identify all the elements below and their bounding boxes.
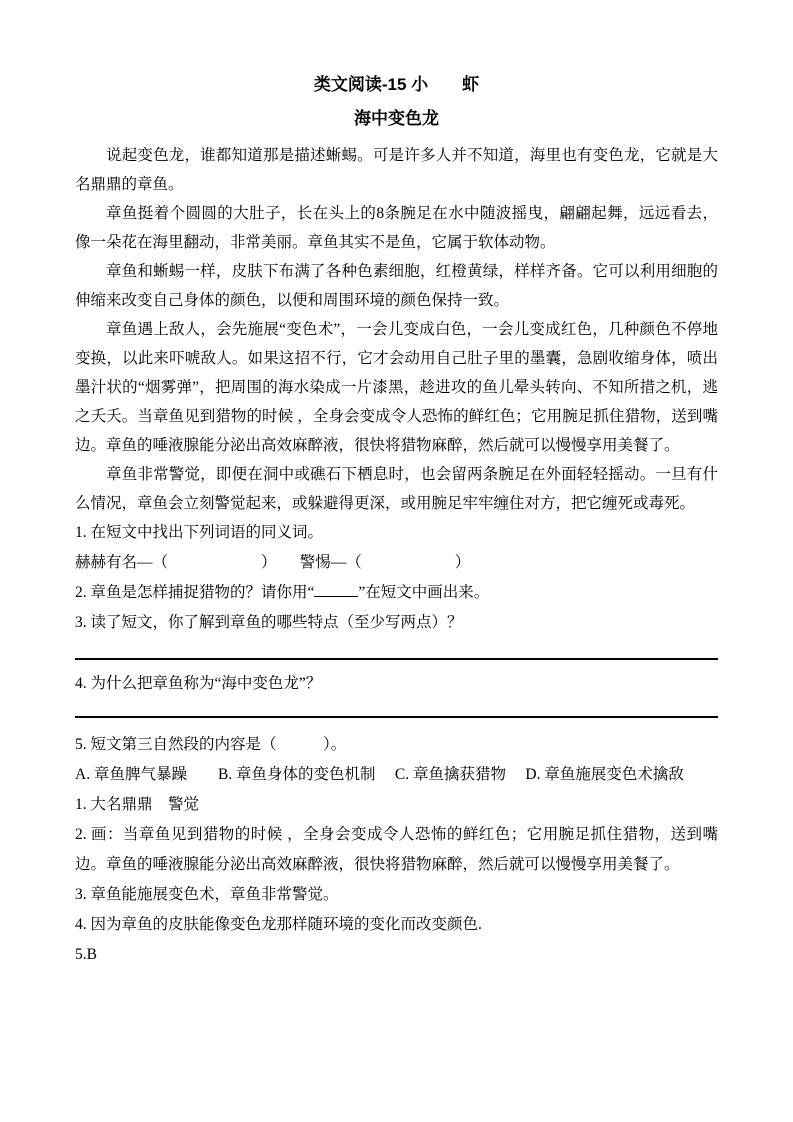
- answer-key-1: 1. 大名鼎鼎 警觉: [75, 790, 718, 820]
- question-3: 3. 读了短文，你了解到章鱼的哪些特点（至少写两点）？: [75, 608, 718, 638]
- doc-title: 类文阅读-15 小 虾: [75, 72, 718, 98]
- passage-paragraph-2: 章鱼挺着个圆圆的大肚子，长在头上的8条腕足在水中随波摇曳，翩翩起舞，远远看去，像…: [75, 199, 718, 257]
- worksheet-page: 类文阅读-15 小 虾 海中变色龙 说起变色龙，谁都知道那是描述蜥蜴。可是许多人…: [0, 0, 793, 1122]
- answer-key-2: 2. 画：当章鱼见到猎物的时候 ，全身会变成令人恐怖的鲜红色；它用腕足抓住猎物，…: [75, 820, 718, 880]
- fill-blank-underline: [314, 582, 358, 597]
- question-2-text-before: 2. 章鱼是怎样捕捉猎物的？请你用“: [75, 584, 314, 601]
- answer-key-4: 4. 因为章鱼的皮肤能像变色龙那样随环境的变化而改变颜色.: [75, 910, 718, 940]
- passage-paragraph-4: 章鱼遇上敌人，会先施展“变色术”，一会儿变成白色，一会儿变成红色，几种颜色不停地…: [75, 315, 718, 460]
- answer-rule-2: [75, 716, 718, 718]
- question-4: 4. 为什么把章鱼称为“海中变色龙”？: [75, 669, 718, 699]
- question-5-options: A. 章鱼脾气暴躁 B. 章鱼身体的变色机制 C. 章鱼擒获猎物 D. 章鱼施展…: [75, 760, 718, 790]
- passage-paragraph-1: 说起变色龙，谁都知道那是描述蜥蜴。可是许多人并不知道，海里也有变色龙，它就是大名…: [75, 141, 718, 199]
- passage-paragraph-5: 章鱼非常警觉，即便在洞中或礁石下栖息时，也会留两条腕足在外面轻轻摇动。一旦有什么…: [75, 460, 718, 518]
- question-2: 2. 章鱼是怎样捕捉猎物的？请你用“”在短文中画出来。: [75, 578, 718, 608]
- question-5: 5. 短文第三自然段的内容是（ ）。: [75, 730, 718, 760]
- passage-title: 海中变色龙: [75, 106, 718, 132]
- answer-rule-1: [75, 658, 718, 660]
- question-1-blanks: 赫赫有名—（ ） 警惕—（ ）: [75, 548, 718, 578]
- answer-key-3: 3. 章鱼能施展变色术，章鱼非常警觉。: [75, 880, 718, 910]
- question-2-text-after: ”在短文中画出来。: [358, 584, 489, 601]
- passage-paragraph-3: 章鱼和蜥蜴一样，皮肤下布满了各种色素细胞，红橙黄绿，样样齐备。它可以利用细胞的伸…: [75, 257, 718, 315]
- answer-key-5: 5.B: [75, 940, 718, 970]
- question-1: 1. 在短文中找出下列词语的同义词。: [75, 518, 718, 548]
